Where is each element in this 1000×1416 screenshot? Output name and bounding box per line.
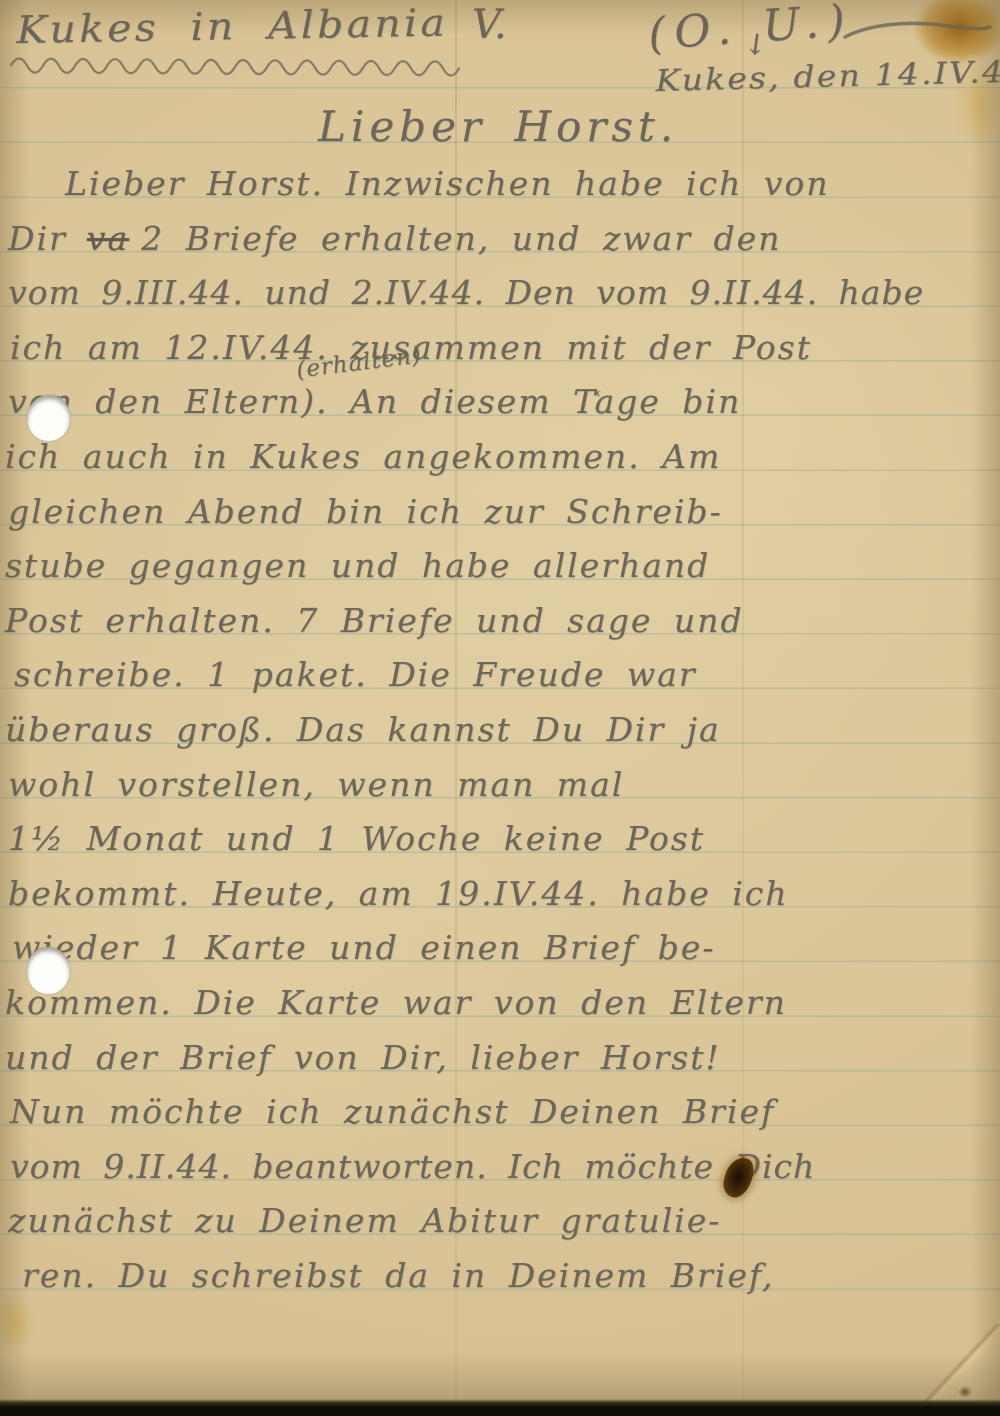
punch-hole-bottom (27, 947, 70, 994)
body-line-21: ren. Du schreibst da in Deinem Brief, (22, 1256, 774, 1295)
body-line-9: Post erhalten. 7 Briefe und sage und (5, 601, 744, 640)
scan-edge (0, 1399, 1000, 1416)
body-line-3: vom 9.III.44. und 2.IV.44. Den vom 9.II.… (8, 273, 924, 312)
body-line-17: und der Brief von Dir, lieber Horst! (5, 1038, 721, 1077)
body-line-19: vom 9.II.44. beantworten. Ich möchte Dic… (10, 1147, 815, 1186)
letter-page: Kukes in Albania V. (O. U.) ↓ Kukes, den… (0, 0, 1000, 1416)
salutation: Lieber Horst. (318, 102, 678, 151)
body-line-7: gleichen Abend bin ich zur Schreib- (8, 492, 723, 531)
body-line-6: ich auch in Kukes angekommen. Am (5, 437, 721, 476)
body-line-5: von den Eltern). An diesem Tage bin (8, 382, 741, 421)
letter-series-number: V. (472, 2, 507, 48)
body-line-15: wieder 1 Karte und einen Brief be- (12, 928, 715, 967)
body-line-20: zunächst zu Deinem Abitur gratulie- (8, 1201, 721, 1240)
header-location: Kukes in Albania (16, 0, 448, 52)
vertical-fold-crease-2 (742, 0, 744, 1416)
down-arrow-mark: ↓ (742, 27, 770, 63)
body-line-2: Dirva2 Briefe erhalten, und zwar den (8, 219, 781, 258)
body-line-8: stube gegangen und habe allerhand (5, 546, 710, 585)
body-line-10: schreibe. 1 paket. Die Freude war (14, 655, 697, 694)
body-line-13: 1½ Monat und 1 Woche keine Post (8, 819, 705, 858)
correction-mark: ˣ (594, 386, 600, 407)
dash-stroke (842, 16, 994, 42)
corner-fold-stain (958, 1386, 972, 1398)
body-line-1: Lieber Horst. Inzwischen habe ich von (65, 164, 830, 203)
body-line-16: kommen. Die Karte war von den Eltern (5, 983, 787, 1022)
body-line-18: Nun möchte ich zunächst Deinen Brief (10, 1092, 775, 1131)
body-line-2-pre: Dir (8, 219, 67, 258)
struck-word: va (87, 219, 129, 258)
body-line-12: wohl vorstellen, wenn man mal (8, 765, 624, 804)
body-line-11: überaus groß. Das kannst Du Dir ja (5, 710, 721, 749)
wavy-underline (8, 48, 464, 79)
punch-hole-top (27, 395, 70, 441)
body-line-2-post: 2 Briefe erhalten, und zwar den (141, 219, 781, 258)
body-line-14: bekommt. Heute, am 19.IV.44. habe ich (8, 874, 789, 913)
